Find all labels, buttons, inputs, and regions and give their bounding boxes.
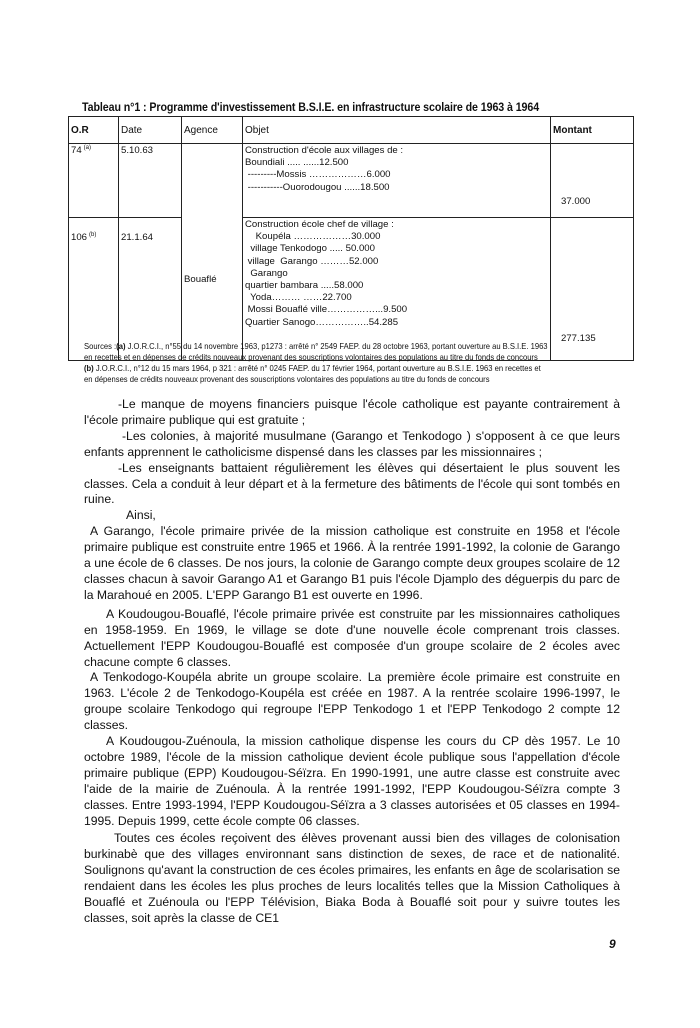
paragraph: A Koudougou-Bouaflé, l'école primaire pr…: [84, 607, 620, 671]
body-text: -Le manque de moyens financiers puisque …: [84, 397, 620, 927]
or-value: 74: [71, 145, 82, 156]
objet-line: Koupéla ………………30.000: [245, 231, 548, 243]
page-number: 9: [609, 937, 616, 951]
objet-line: quartier bambara .....58.000: [245, 280, 548, 292]
paragraph: -Les enseignants battaient régulièrement…: [84, 461, 620, 509]
source-a-text: J.O.R.C.I., n°55 du 14 novembre 1963, p1…: [125, 342, 547, 351]
header-or: O.R: [69, 117, 119, 144]
source-b-line1: (b) J.O.R.C.I., n°12 du 15 mars 1964, p …: [84, 363, 605, 374]
table-row: 106(b) 21.1.64 Construction école chef d…: [69, 218, 634, 361]
cell-agence: Bouaflé: [182, 144, 243, 361]
source-b-line2: en dépenses de crédits nouveaux provenan…: [84, 374, 605, 385]
objet-line: Yoda……… ……22.700: [245, 292, 548, 304]
or-note: (b): [89, 232, 96, 238]
or-value: 106: [71, 232, 87, 243]
paragraph: Ainsi,: [84, 508, 620, 524]
table-sources: Sources :(a) J.O.R.C.I., n°55 du 14 nove…: [84, 341, 605, 385]
objet-line: Construction école chef de village :: [245, 219, 548, 231]
header-date: Date: [119, 117, 182, 144]
sources-label: Sources :: [84, 342, 116, 351]
cell-or: 74(a): [69, 144, 119, 218]
paragraph: -Les colonies, à majorité musulmane (Gar…: [84, 429, 620, 461]
investment-table: O.R Date Agence Objet Montant 74(a) 5.10…: [68, 116, 634, 361]
objet-line: -----------Ouorodougou ......18.500: [245, 182, 548, 194]
objet-line: Boundiali ..... ......12.500: [245, 157, 548, 169]
source-a-line2: en recettes et en dépenses de crédits no…: [84, 352, 605, 363]
table-header-row: O.R Date Agence Objet Montant: [69, 117, 634, 144]
agence-value: Bouaflé: [184, 274, 217, 285]
objet-line: Quartier Sanogo……………..54.285: [245, 317, 548, 329]
paragraph: -Le manque de moyens financiers puisque …: [84, 397, 620, 429]
cell-objet: Construction d'école aux villages de : B…: [243, 144, 551, 218]
cell-objet: Construction école chef de village : Kou…: [243, 218, 551, 361]
source-a-label: (a): [116, 342, 125, 351]
header-agence: Agence: [182, 117, 243, 144]
objet-line: village Tenkodogo ..... 50.000: [245, 243, 548, 255]
table-title: Tableau n°1 : Programme d'investissement…: [82, 101, 539, 114]
objet-line: Construction d'école aux villages de :: [245, 145, 548, 157]
objet-line: Garango: [245, 268, 548, 280]
header-montant: Montant: [551, 117, 634, 144]
objet-line: Mossi Bouaflé ville……………...9.500: [245, 304, 548, 316]
paragraph: A Garango, l'école primaire privée de la…: [84, 524, 620, 604]
source-b-label: (b): [84, 364, 94, 373]
paragraph: A Koudougou-Zuénoula, la mission catholi…: [84, 734, 620, 829]
cell-or: 106(b): [69, 218, 119, 361]
source-a-line1: Sources :(a) J.O.R.C.I., n°55 du 14 nove…: [84, 341, 605, 352]
cell-montant: 277.135: [551, 218, 634, 361]
cell-montant: 37.000: [551, 144, 634, 218]
header-objet: Objet: [243, 117, 551, 144]
paragraph: Toutes ces écoles reçoivent des élèves p…: [84, 831, 620, 926]
cell-date: 21.1.64: [119, 218, 182, 361]
or-note: (a): [84, 145, 91, 151]
table-row: 74(a) 5.10.63 Bouaflé Construction d'éco…: [69, 144, 634, 218]
objet-line: village Garango ………52.000: [245, 256, 548, 268]
objet-line: ---------Mossis ………………6.000: [245, 169, 548, 181]
paragraph: A Tenkodogo-Koupéla abrite un groupe sco…: [84, 670, 620, 734]
cell-date: 5.10.63: [119, 144, 182, 218]
source-b-text: J.O.R.C.I., n°12 du 15 mars 1964, p 321 …: [94, 364, 541, 373]
